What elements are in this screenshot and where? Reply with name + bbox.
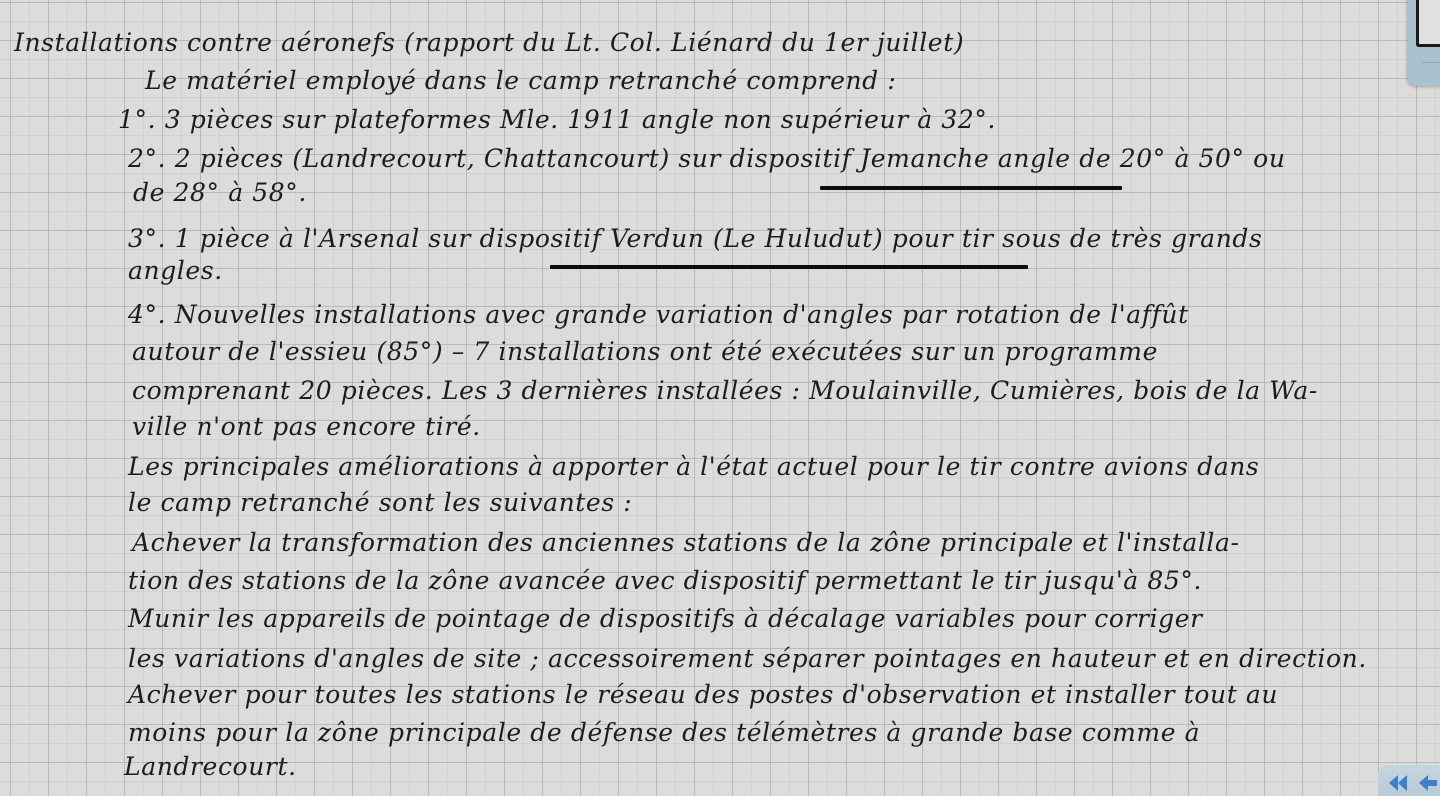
text-line: Landrecourt. [124,752,297,782]
text-line: de 28° à 58°. [133,178,307,208]
text-line: 3°. 1 pièce à l'Arsenal sur dispositif V… [128,224,1262,254]
text-line: tion des stations de la zône avancée ave… [128,566,1202,596]
text-line: Munir les appareils de pointage de dispo… [128,604,1203,634]
viewer-side-panel[interactable] [1408,0,1440,86]
page-navigation [1378,765,1440,796]
text-line: le camp retranché sont les suivantes : [128,488,632,518]
text-line: angles. [128,256,223,286]
text-line: Les principales améliorations à apporter… [128,452,1259,482]
thumbnail-frame[interactable] [1416,0,1440,47]
text-line: autour de l'essieu (85°) – 7 installatio… [132,337,1158,367]
panel-divider [1422,62,1440,63]
text-line: 4°. Nouvelles installations avec grande … [128,300,1189,330]
text-line: ville n'ont pas encore tiré. [132,412,481,442]
document-page: Installations contre aéronefs (rapport d… [0,0,1440,796]
text-line: moins pour la zône principale de défense… [128,718,1200,748]
text-line: Achever la transformation des anciennes … [132,528,1240,558]
text-line: Achever pour toutes les stations le rése… [128,680,1278,710]
document-title: Installations contre aéronefs (rapport d… [14,28,964,58]
previous-page-button[interactable] [1416,772,1440,794]
first-page-button[interactable] [1386,772,1410,794]
text-line: 1°. 3 pièces sur plateformes Mle. 1911 a… [118,105,996,135]
text-line: comprenant 20 pièces. Les 3 dernières in… [132,376,1318,406]
first-page-icon [1387,773,1409,793]
text-line: 2°. 2 pièces (Landrecourt, Chattancourt)… [128,144,1286,174]
previous-page-icon [1417,773,1439,793]
text-line: Le matériel employé dans le camp retranc… [145,66,896,96]
underline-mark [820,186,1122,190]
text-line: les variations d'angles de site ; access… [128,644,1367,674]
underline-mark [550,265,1028,269]
